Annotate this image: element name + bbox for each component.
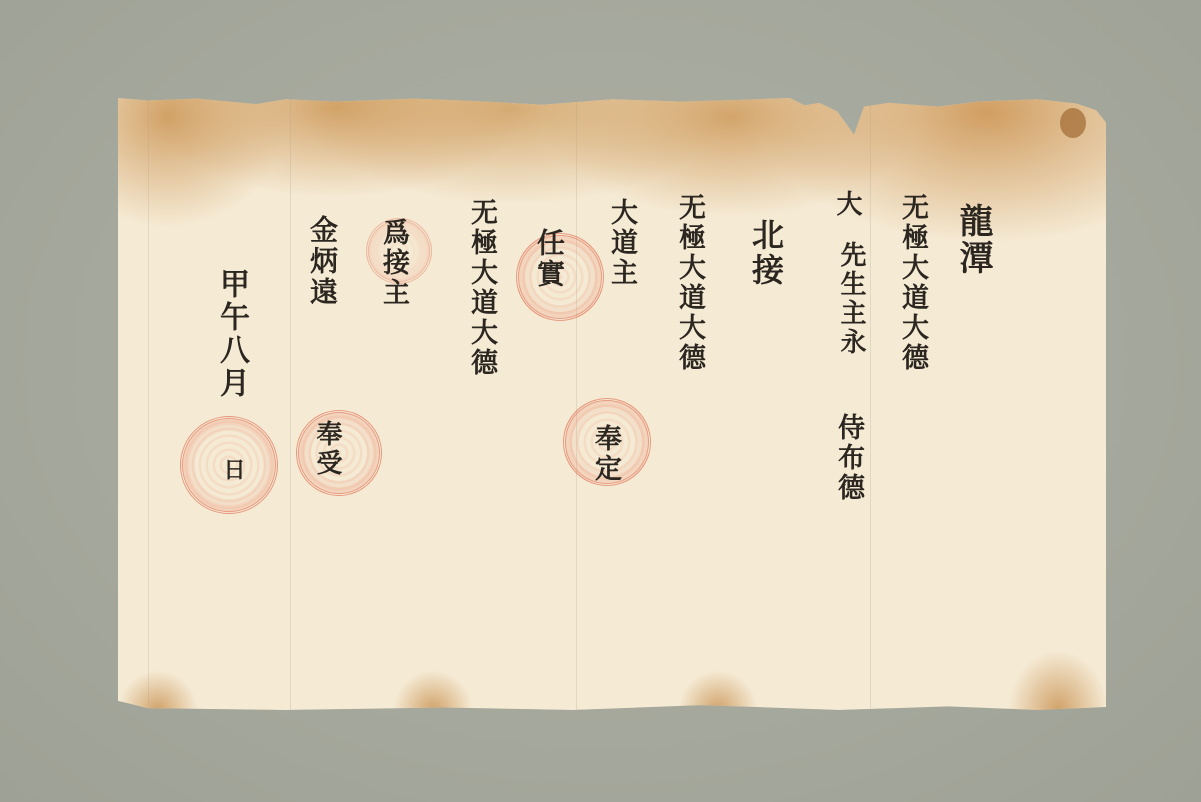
column-longtan: 龍潭 bbox=[956, 203, 990, 277]
column-date-jiawu: 甲午八月 bbox=[216, 268, 246, 400]
fold-line bbox=[148, 98, 149, 710]
fold-line bbox=[870, 98, 871, 710]
water-stain-bottom bbox=[1008, 650, 1106, 710]
column-date-ri: 日 bbox=[222, 458, 244, 483]
column-shi-bude: 侍布德 bbox=[835, 413, 862, 503]
fold-line bbox=[290, 98, 291, 710]
column-wuji-dadao-1: 无極大道大德 bbox=[899, 193, 926, 373]
paper-document: 龍潭 无極大道大德 大 先生主永 侍布德 北接 无極大道大德 大道主 任實 奉定… bbox=[118, 98, 1106, 710]
dark-stain-spot bbox=[1060, 108, 1086, 138]
column-fengshou: 奉受 bbox=[314, 420, 340, 478]
column-fengding: 奉定 bbox=[592, 424, 619, 484]
water-stain-bottom bbox=[118, 670, 198, 710]
column-beijie: 北接 bbox=[750, 218, 782, 288]
column-wuji-dadao-2: 无極大道大德 bbox=[676, 193, 703, 373]
column-kim-byeongwon: 金炳遠 bbox=[308, 215, 336, 308]
fold-line bbox=[576, 98, 577, 710]
column-dadaozhu: 大道主 bbox=[608, 198, 635, 288]
column-wuji-dadao-3: 无極大道大德 bbox=[468, 198, 495, 378]
column-renshi: 任實 bbox=[535, 228, 563, 290]
column-xiansheng-zhuyong: 先生主永 bbox=[838, 241, 864, 357]
column-da: 大 bbox=[834, 190, 860, 219]
photo-background: 龍潭 无極大道大德 大 先生主永 侍布德 北接 无極大道大德 大道主 任實 奉定… bbox=[0, 0, 1201, 802]
column-weijiezhu: 爲接主 bbox=[380, 218, 407, 308]
water-stain-bottom bbox=[393, 670, 473, 710]
water-stain-bottom bbox=[678, 670, 758, 710]
